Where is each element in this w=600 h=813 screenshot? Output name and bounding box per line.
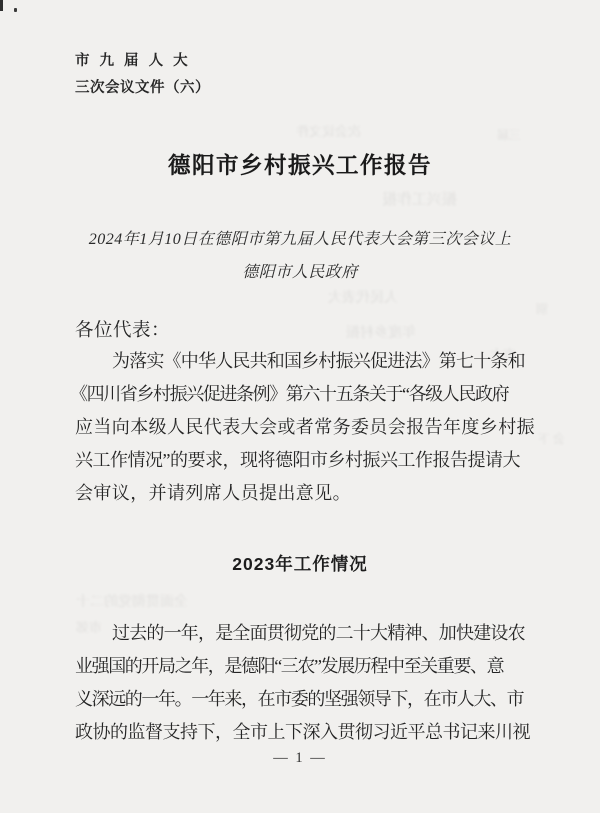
text-line: 会审议，并请列席人员提出意见。 — [75, 477, 527, 510]
header-line-congress: 市 九 届 人 大 — [75, 48, 210, 75]
scanned-document-page: 次会议文件 振兴工作报 人民代表大 年度乡村振 市大 全面贯彻党的二十 市郊 三… — [0, 0, 600, 813]
text-line: 政协的监督支持下，全市上下深入贯彻习近平总书记来川视 — [75, 716, 527, 749]
bleedthrough-text: 人民代表大 — [328, 287, 398, 307]
salutation: 各位代表： — [75, 316, 170, 342]
bleedthrough-text: 振兴工作报 — [382, 188, 457, 209]
page-number: — 1 — — [0, 750, 600, 767]
text-line: 过去的一年，是全面贯彻党的二十大精神、加快建设农 — [75, 617, 527, 650]
section-heading-2023: 2023年工作情况 — [0, 551, 600, 576]
header-line-file-number: 三次会议文件（六） — [75, 75, 210, 102]
subtitle-occasion: 2024年1月10日在德阳市第九届人民代表大会第三次会议上 — [0, 226, 600, 249]
bleedthrough-text: 别 — [536, 300, 548, 317]
bleedthrough-text: 三届 — [497, 126, 521, 143]
text-line: 为落实《中华人民共和国乡村振兴促进法》第七十条和 — [75, 345, 527, 378]
subtitle-issuer: 德阳市人民政府 — [0, 259, 600, 282]
scan-artifact-corner — [0, 0, 3, 11]
text-line: 应当向本级人民代表大会或者常务委员会报告年度乡村振 — [75, 411, 527, 444]
document-header: 市 九 届 人 大 三次会议文件（六） — [75, 48, 210, 102]
paragraph-intro: 为落实《中华人民共和国乡村振兴促进法》第七十条和 《四川省乡村振兴促进条例》第六… — [75, 345, 527, 510]
bleedthrough-text: 全面贯彻党的二十 — [76, 591, 188, 611]
text-line: 业强国的开局之年，是德阳“三农”发展历程中至关重要、意 — [75, 650, 527, 683]
text-line: 《四川省乡村振兴促进条例》第六十五条关于“各级人民政府 — [70, 378, 527, 411]
document-title: 德阳市乡村振兴工作报告 — [0, 148, 600, 180]
scan-artifact-dot — [14, 8, 17, 12]
bleedthrough-text: 次会议文件 — [296, 121, 361, 140]
bleedthrough-text: 会 下 — [538, 430, 565, 447]
bleedthrough-text: 年度乡村振 — [346, 322, 416, 342]
text-line: 义深远的一年。一年来，在市委的坚强领导下，在市人大、市 — [75, 683, 527, 716]
paragraph-2023-overview: 过去的一年，是全面贯彻党的二十大精神、加快建设农 业强国的开局之年，是德阳“三农… — [75, 617, 527, 749]
text-line: 兴工作情况”的要求，现将德阳市乡村振兴工作报告提请大 — [75, 444, 527, 477]
